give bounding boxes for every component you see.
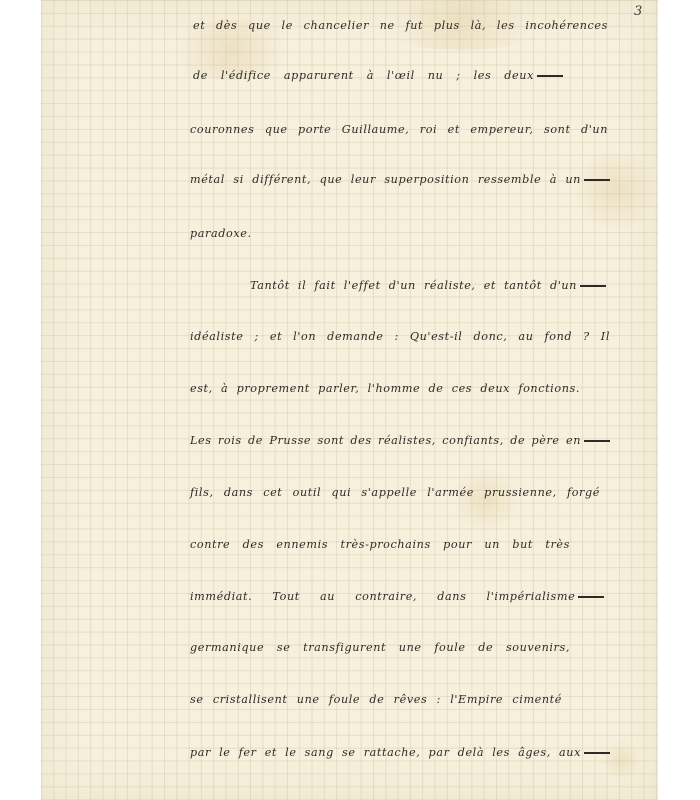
manuscript-line-text: Tantôt il fait l'effet d'un réaliste, et… [250,279,577,292]
paper-stain [451,470,521,530]
manuscript-line-text: Les rois de Prusse sont des réalistes, c… [190,434,581,447]
manuscript-line: paradoxe. [190,227,252,240]
line-filler-dash [578,596,604,597]
manuscript-line-text: germanique se transfigurent une foule de… [190,641,570,654]
paper-stain [571,150,661,230]
manuscript-line-text: de l'édifice apparurent à l'œil nu ; les… [193,69,534,82]
manuscript-page [41,0,658,800]
page-number: 3 [634,4,642,19]
manuscript-line: de l'édifice apparurent à l'œil nu ; les… [193,69,563,82]
manuscript-line: se cristallisent une foule de rêves : l'… [190,693,562,706]
manuscript-line: par le fer et le sang se rattache, par d… [190,746,610,759]
line-filler-dash [584,179,610,180]
manuscript-line-text: métal si différent, que leur superpositi… [190,173,581,186]
manuscript-line: germanique se transfigurent une foule de… [190,641,570,654]
manuscript-line-text: idéaliste ; et l'on demande : Qu'est-il … [190,330,610,343]
manuscript-line: contre des ennemis très-prochains pour u… [190,538,570,551]
manuscript-line: idéaliste ; et l'on demande : Qu'est-il … [190,330,610,343]
line-filler-dash [584,440,610,441]
manuscript-line-text: couronnes que porte Guillaume, roi et em… [190,123,608,136]
line-filler-dash [537,75,563,76]
manuscript-line: immédiat. Tout au contraire, dans l'impé… [190,590,604,603]
manuscript-line-text: immédiat. Tout au contraire, dans l'impé… [190,590,575,603]
manuscript-line: Les rois de Prusse sont des réalistes, c… [190,434,610,447]
manuscript-line: métal si différent, que leur superpositi… [190,173,610,186]
manuscript-line-text: par le fer et le sang se rattache, par d… [190,746,581,759]
manuscript-line-text: est, à proprement parler, l'homme de ces… [190,382,580,395]
manuscript-line-text: se cristallisent une foule de rêves : l'… [190,693,562,706]
line-filler-dash [580,285,606,286]
manuscript-line: fils, dans cet outil qui s'appelle l'arm… [190,486,600,499]
manuscript-line: Tantôt il fait l'effet d'un réaliste, et… [250,279,606,292]
manuscript-line-text: paradoxe. [190,227,252,240]
manuscript-line-text: fils, dans cet outil qui s'appelle l'arm… [190,486,600,499]
manuscript-line: est, à proprement parler, l'homme de ces… [190,382,580,395]
manuscript-line-text: contre des ennemis très-prochains pour u… [190,538,570,551]
line-filler-dash [584,752,610,753]
manuscript-line: et dès que le chancelier ne fut plus là,… [193,19,608,32]
manuscript-line: couronnes que porte Guillaume, roi et em… [190,123,608,136]
manuscript-line-text: et dès que le chancelier ne fut plus là,… [193,19,608,32]
